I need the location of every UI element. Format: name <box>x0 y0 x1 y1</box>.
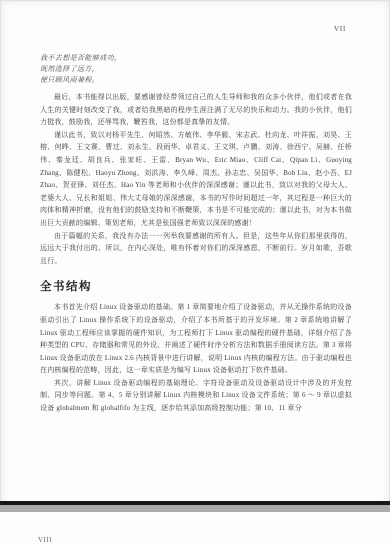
page-separator <box>0 501 390 512</box>
page-content: 我不去想是否能够成功， 既然选择了远方， 便只顾风雨兼程。 最后，本书能得以出版… <box>40 53 352 415</box>
section-heading: 全书结构 <box>40 278 352 294</box>
paragraph: 谨以此书，致以对杨平先生、何昭然、方敏伟、李华毅、宋志武、杜向龙、叶祥振、刘昊、… <box>40 129 352 230</box>
page-number: VII <box>334 24 346 33</box>
paragraph: 其次，讲解 Linux 设备驱动编程的基础理论、字符设备驱动及设备驱动设计中涉及… <box>40 377 352 415</box>
book-page: VII 我不去想是否能够成功， 既然选择了远方， 便只顾风雨兼程。 最后，本书能… <box>0 0 390 546</box>
paragraph: 由于篇幅的关系，我没有办法一一列举我要感谢的所有人。但是，这些年从你们那里获得的… <box>40 230 352 268</box>
page-separator-gap <box>0 505 390 512</box>
paragraph: 本书首先介绍 Linux 设备驱动的基础。第 1 章简要地介绍了设备驱动，并从无… <box>40 301 352 377</box>
paragraph: 最后，本书能得以出版，要感谢曾经带领过自己的人生导师和我的众多小伙伴，他们或者在… <box>40 91 352 129</box>
epigraph-poem: 我不去想是否能够成功， 既然选择了远方， 便只顾风雨兼程。 <box>40 53 352 86</box>
next-page-number: VIII <box>38 536 52 544</box>
next-page-top: VIII <box>0 512 390 546</box>
poem-line: 便只顾风雨兼程。 <box>40 75 352 86</box>
poem-line: 我不去想是否能够成功， <box>40 53 352 64</box>
poem-line: 既然选择了远方， <box>40 64 352 75</box>
